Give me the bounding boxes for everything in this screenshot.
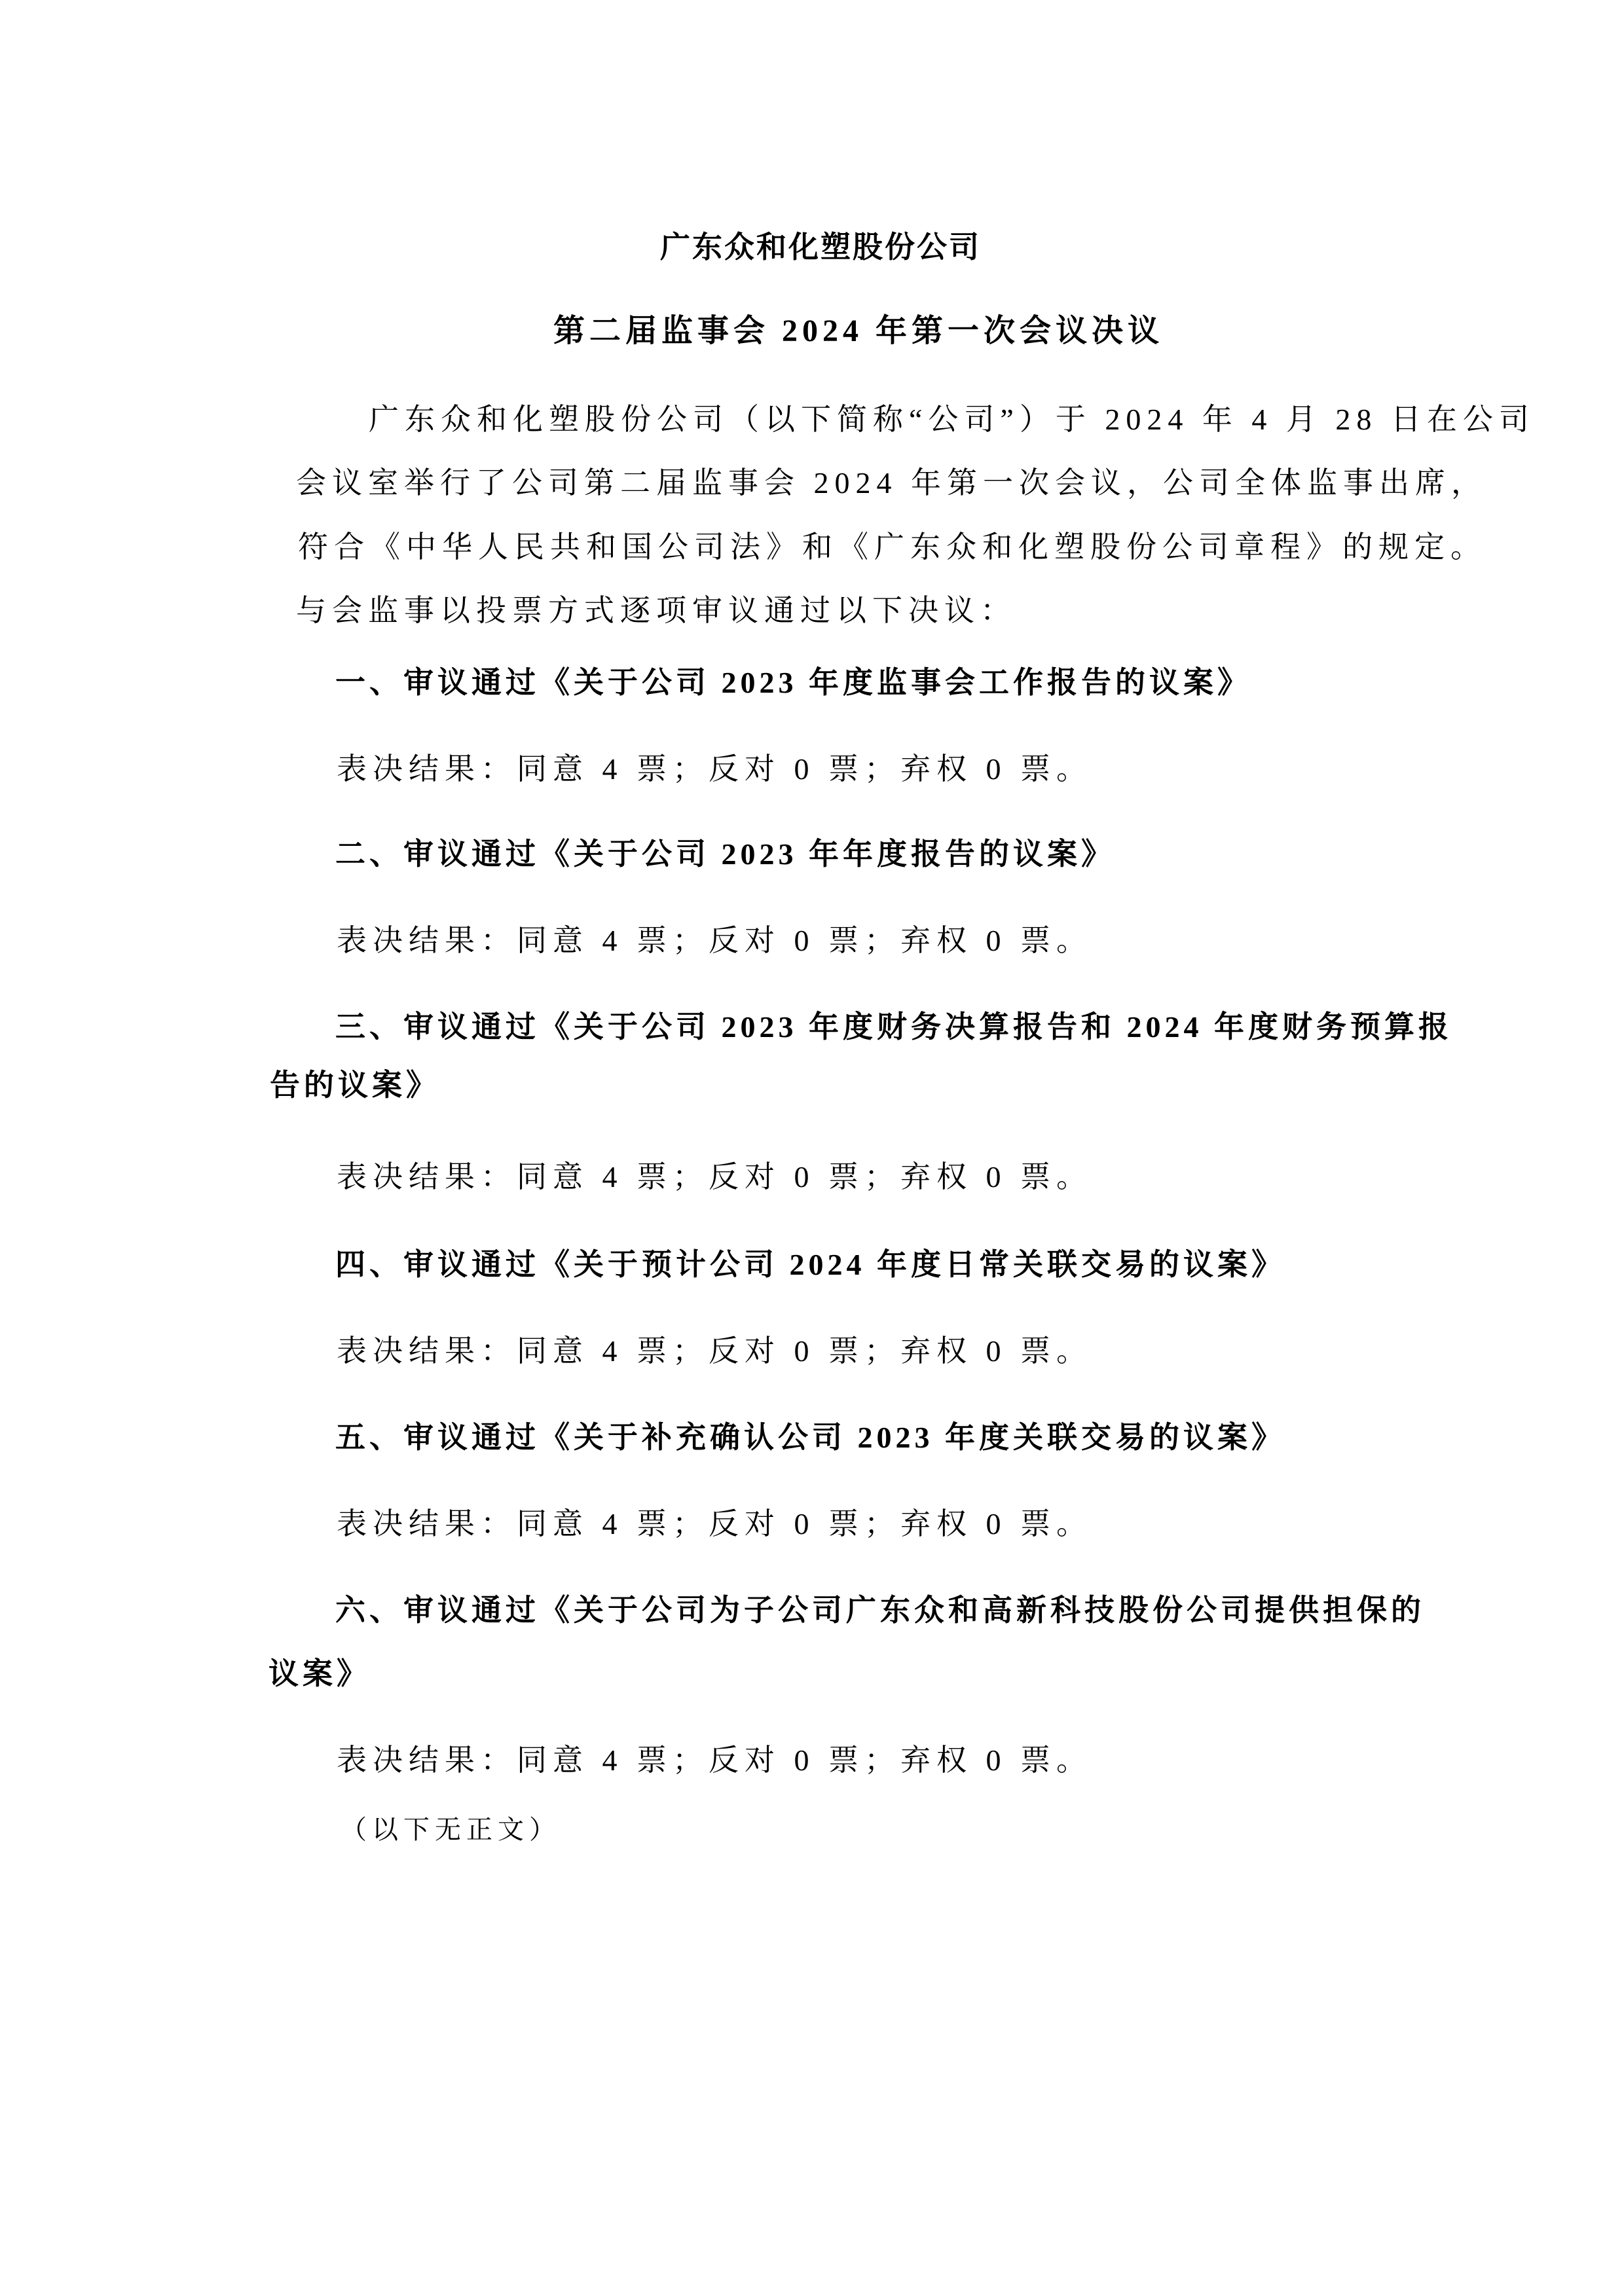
section-2-vote-result: 表决结果：同意 4 票；反对 0 票；弃权 0 票。: [337, 924, 1092, 958]
section-6-vote-result: 表决结果：同意 4 票；反对 0 票；弃权 0 票。: [337, 1743, 1092, 1778]
section-6-heading-line-1: 六、审议通过《关于公司为子公司广东众和高新科技股份公司提供担保的: [335, 1594, 1425, 1628]
section-4-heading: 四、审议通过《关于预计公司 2024 年度日常关联交易的议案》: [335, 1248, 1285, 1283]
document-page: 广东众和化塑股份公司 第二届监事会 2024 年第一次会议决议 广东众和化塑股份…: [0, 0, 1624, 2296]
intro-paragraph-line-1: 广东众和化塑股份公司（以下简称“公司”）于 2024 年 4 月 28 日在公司: [369, 403, 1535, 437]
section-1-heading: 一、审议通过《关于公司 2023 年度监事会工作报告的议案》: [335, 666, 1251, 701]
section-2-heading: 二、审议通过《关于公司 2023 年年度报告的议案》: [335, 837, 1115, 872]
section-3-vote-result: 表决结果：同意 4 票；反对 0 票；弃权 0 票。: [337, 1160, 1092, 1195]
intro-paragraph-line-2: 会议室举行了公司第二届监事会 2024 年第一次会议，公司全体监事出席，: [296, 466, 1487, 501]
section-5-heading: 五、审议通过《关于补充确认公司 2023 年度关联交易的议案》: [335, 1421, 1285, 1455]
document-title: 广东众和化塑股份公司: [660, 230, 981, 265]
section-3-heading-line-1: 三、审议通过《关于公司 2023 年度财务决算报告和 2024 年度财务预算报: [335, 1010, 1452, 1045]
section-4-vote-result: 表决结果：同意 4 票；反对 0 票；弃权 0 票。: [337, 1334, 1092, 1369]
intro-paragraph-line-4: 与会监事以投票方式逐项审议通过以下决议：: [296, 594, 1016, 629]
closing-note: （以下无正文）: [341, 1815, 561, 1845]
section-6-heading-line-2: 议案》: [268, 1657, 371, 1692]
section-3-heading-line-2: 告的议案》: [270, 1068, 440, 1103]
intro-paragraph-line-3: 符合《中华人民共和国公司法》和《广东众和化塑股份公司章程》的规定。: [298, 530, 1486, 565]
document-subtitle: 第二届监事会 2024 年第一次会议决议: [553, 313, 1164, 349]
section-5-vote-result: 表决结果：同意 4 票；反对 0 票；弃权 0 票。: [337, 1507, 1092, 1542]
section-1-vote-result: 表决结果：同意 4 票；反对 0 票；弃权 0 票。: [337, 752, 1092, 787]
